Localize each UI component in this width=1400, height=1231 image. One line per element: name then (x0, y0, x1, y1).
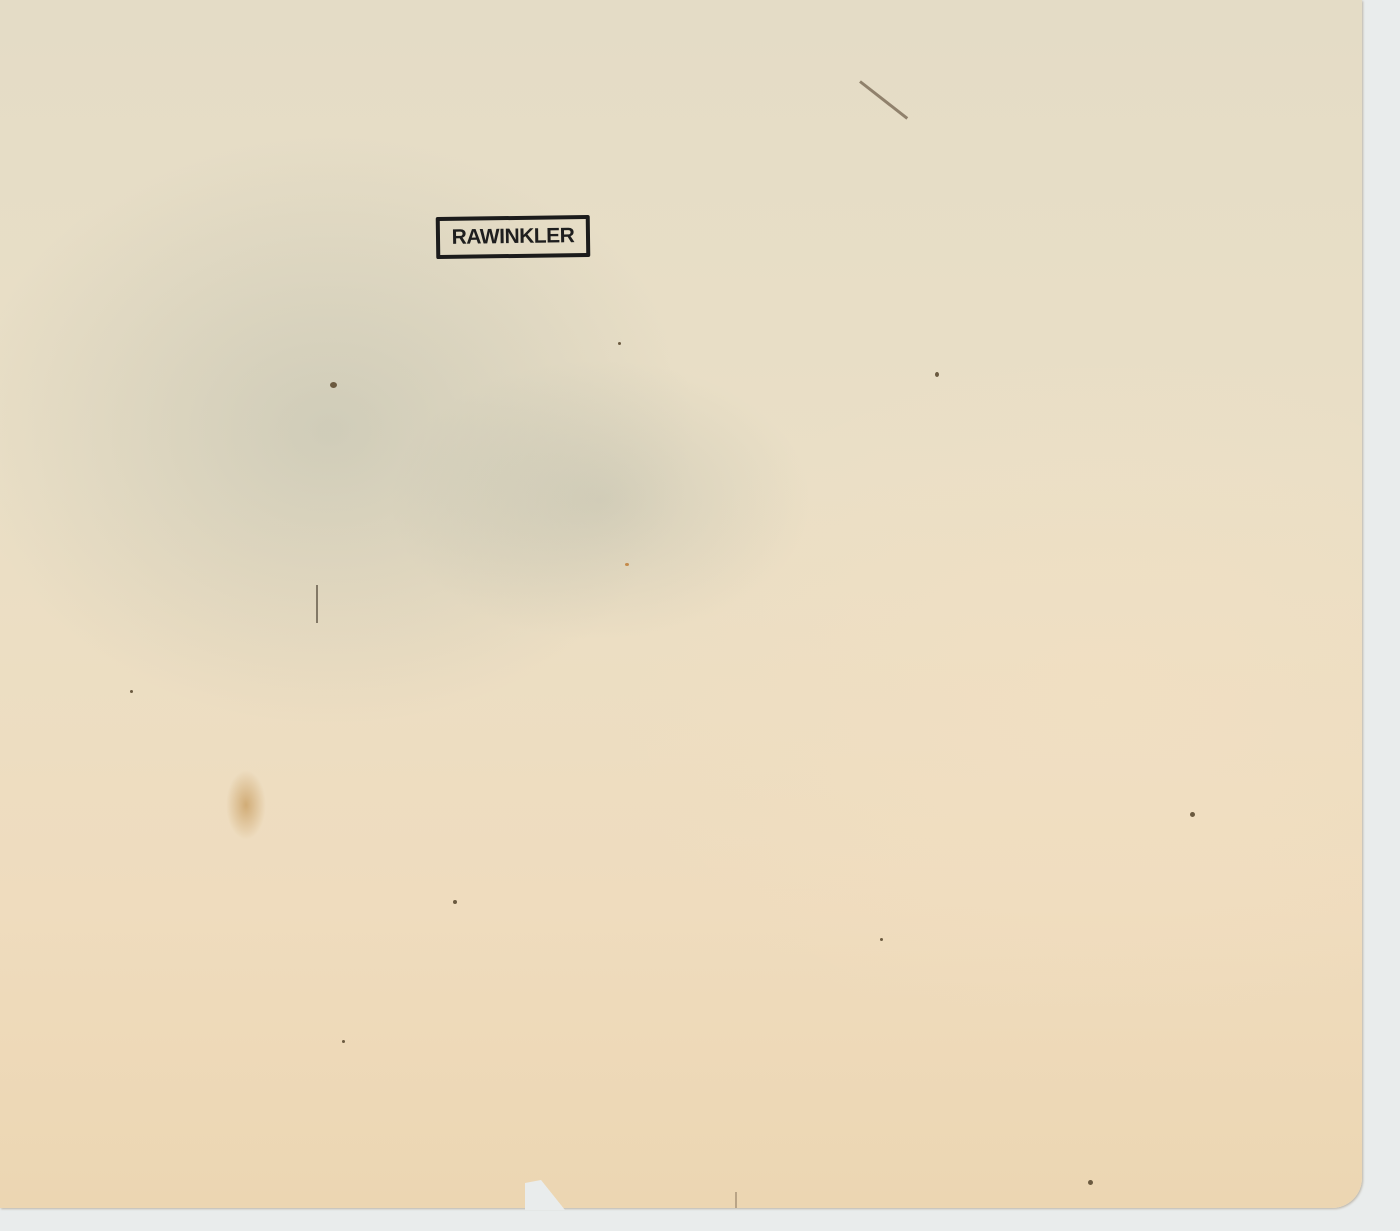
speck (1190, 812, 1195, 817)
speck (935, 372, 939, 377)
paper-sheet: RAWINKLER (0, 0, 1362, 1208)
stamp-text: RAWINKLER (451, 224, 574, 250)
fiber-mark (316, 585, 318, 623)
edge-tear (735, 1192, 737, 1208)
speck (342, 1040, 345, 1043)
speck (880, 938, 883, 941)
speck (618, 342, 621, 345)
speck (330, 382, 337, 388)
speck (1088, 1180, 1093, 1185)
speck (130, 690, 133, 693)
speck (625, 563, 629, 566)
collector-stamp: RAWINKLER (436, 215, 591, 259)
scratch-mark (859, 80, 908, 119)
foxing-stain (226, 770, 266, 840)
speck (453, 900, 457, 904)
